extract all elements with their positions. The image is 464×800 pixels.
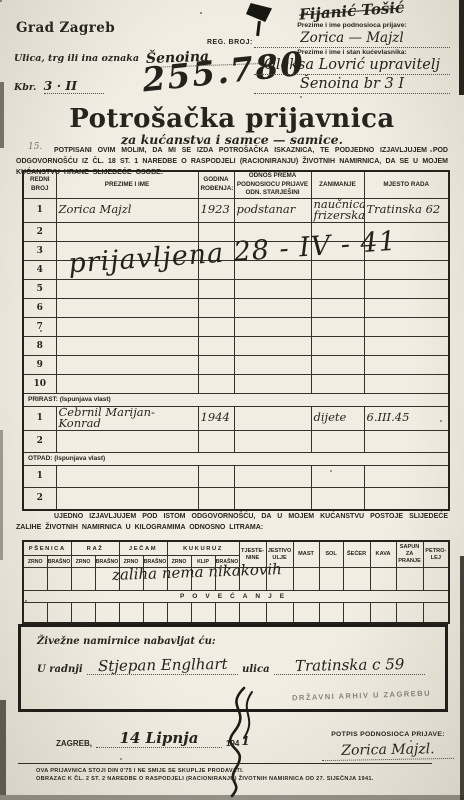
col-kava: KAVA [370,541,396,568]
supply-cell [119,603,143,624]
cell-num: 7 [23,317,56,336]
table-row: 5 [23,279,449,298]
table-row: 9 [23,355,449,374]
table-row: 1Zorica Majzl1923podstanarnaučnica frize… [23,198,449,222]
cell-name: Zorica Majzl [56,198,198,222]
cell-year: 1944 [198,406,234,430]
applicant-name-label: Prezime i ime podnosioca prijave: [248,22,456,29]
cell-occupation [311,260,364,279]
city-heading: Grad Zagreb [16,20,115,36]
supply-cell [396,568,423,591]
cell-num: 1 [23,465,56,487]
supply-cell [71,568,95,591]
supply-cell [23,568,47,591]
supply-cell [191,603,215,624]
cell-relation [234,279,311,298]
table-row: 2 [23,430,449,452]
cell-num: 4 [23,260,56,279]
cell-num: 2 [23,487,56,510]
supply-cell [167,603,191,624]
col-header-redni-broj: REDNI BROJ [23,171,56,198]
group-jecam: JEČAM [119,541,167,556]
supply-cell [47,568,71,591]
col-header-prezime-ime: PREZIME I IME [56,171,198,198]
table-row: 8 [23,336,449,355]
cell-name [56,317,198,336]
scan-edge [460,556,464,800]
supply-cell [215,603,239,624]
cell-relation [234,430,311,452]
supply-cell [23,603,47,624]
signature-block: POTPIS PODNOSIOCA PRIJAVE: Zorica Majzl. [322,731,454,760]
cell-name [56,465,198,487]
cell-year [198,374,234,393]
group-kukuruz: KUKURUZ [167,541,239,556]
col-mast: MAST [293,541,319,568]
prirast-rows: 1Čebrnil Marijan-Konrad1944dijete6.III.4… [23,406,449,452]
supply-cell [343,568,370,591]
crossed-out-name: Fijanić Tošić [299,0,405,24]
prirast-band: PRIRAST: (Ispunjava vlast) [23,393,449,406]
cell-occupation [311,430,364,452]
cell-relation: podstanar [234,198,311,222]
shop-line: U radnji Stjepan Englhart ulica Tratinsk… [37,656,429,675]
cell-name [56,487,198,510]
shop-street-line: Tratinska c 59 [274,656,425,675]
landlord-label: Prezime i ime i stan kućevlasnika: [248,49,456,56]
col-petrolej: PETRO-LEJ [423,541,449,568]
group-psenica: PŠENICA [23,541,71,556]
supply-cell [370,568,396,591]
cell-relation [234,298,311,317]
street-label: Ulica, trg ili ina oznaka [14,53,139,64]
cell-name: Čebrnil Marijan-Konrad [56,406,198,430]
table-row: 2 [23,487,449,510]
col-header-odnos: ODNOS PREMA PODNOSIOCU PRIJAVE ODN. STAR… [234,171,311,198]
supplies-increase-row [23,603,449,624]
signature-label: POTPIS PODNOSIOCA PRIJAVE: [322,731,454,738]
cell-workplace [364,430,449,452]
cell-occupation [311,355,364,374]
year-handwritten: 1 [241,734,249,748]
povecanje-band: POVEĆANJE [23,591,449,603]
cell-workplace [364,298,449,317]
kbr-label: Kbr. [14,82,36,93]
kbr-handwritten-value: 3 · II [44,78,104,94]
cell-occupation [311,336,364,355]
cell-year [198,317,234,336]
table-row: 1Čebrnil Marijan-Konrad1944dijete6.III.4… [23,406,449,430]
cell-workplace [364,487,449,510]
cell-relation [234,336,311,355]
cell-name [56,279,198,298]
supply-cell [293,568,319,591]
applicant-name-handwritten: Zorica — Majzl [254,30,450,48]
date-line: ZAGREB, 14 Lipnja 194 1 [56,729,250,748]
cell-relation [234,317,311,336]
supply-cell [343,603,370,624]
otpad-label: OTPAD: (Ispunjava vlast) [23,452,449,465]
supply-cell [396,603,423,624]
prirast-label: PRIRAST: (Ispunjava vlast) [23,393,449,406]
shop-name-line: Stjepan Englhart [87,656,238,675]
main-table-header: REDNI BROJ PREZIME I IME GODINA ROĐENJA:… [23,171,449,198]
cell-num: 8 [23,336,56,355]
scan-edge [0,700,6,795]
shop-name-handwritten: Stjepan Englhart [97,655,227,675]
otpad-rows: 12 [23,465,449,510]
group-raz: RAŽ [71,541,119,556]
cell-name [56,336,198,355]
cell-num: 2 [23,222,56,241]
cell-year [198,430,234,452]
cell-num: 6 [23,298,56,317]
cell-name [56,222,198,241]
cell-year [198,298,234,317]
cell-occupation: dijete [311,406,364,430]
cell-name [56,298,198,317]
sub-brasno: BRAŠNO [47,556,71,568]
date-handwritten: 14 Lipnja [96,729,222,748]
household-members-table: REDNI BROJ PREZIME I IME GODINA ROĐENJA:… [22,170,450,511]
supply-cell [423,603,449,624]
cell-year [198,336,234,355]
col-header-godina: GODINA ROĐENJA: [198,171,234,198]
cell-workplace [364,260,449,279]
landlord-address-handwritten: Šenoina br 3 I [254,76,450,94]
scan-speckle [0,0,2,2]
cell-workplace [364,336,449,355]
col-header-zanimanje: ZANIMANJE [311,171,364,198]
archive-stamp: DRŽAVNI ARHIV U ZAGREBU [292,689,431,703]
table-row: 10 [23,374,449,393]
col-sapun: SAPUN ZA PRANJE [396,541,423,568]
table-row: 6 [23,298,449,317]
otpad-band: OTPAD: (Ispunjava vlast) [23,452,449,465]
form-subtitle: za kućanstva i samce — samice. [0,132,464,147]
cell-occupation [311,317,364,336]
cell-occupation [311,374,364,393]
shop-street-label: ulica [242,664,269,675]
supply-cell [370,603,396,624]
cell-num: 9 [23,355,56,374]
cell-occupation [311,298,364,317]
cell-name [56,355,198,374]
cell-workplace [364,317,449,336]
cell-relation [234,374,311,393]
cell-relation [234,465,311,487]
cell-name [56,374,198,393]
supply-cell [293,603,319,624]
col-secer: ŠEĆER [343,541,370,568]
cell-relation [234,406,311,430]
supplies-paragraph: UJEDNO IZJAVLJUJEM POD ISTOM ODGOVORNOŠĆ… [16,512,448,534]
scanned-form-page: Grad Zagreb Ulica, trg ili ina oznaka Še… [0,0,464,800]
supply-cell [47,603,71,624]
col-sol: SOL [319,541,343,568]
supply-cell [71,603,95,624]
cell-relation [234,355,311,374]
table-row: 7 [23,317,449,336]
shop-box-heading: Živežne namirnice nabavljat ću: [37,636,429,647]
cell-year [198,465,234,487]
supply-cell [95,603,119,624]
year-printed: 194 [226,739,239,748]
cell-relation [234,487,311,510]
sub-zrno: ZRNO [71,556,95,568]
cell-num: 3 [23,241,56,260]
supply-cell [319,568,343,591]
supply-cell [266,603,293,624]
fine-print-line-2: OBRAZAC K ČL. 2 ST. 2 NAREDBE O RASPODJE… [36,776,374,782]
header-right-block: Fijanić Tošić Prezime i ime podnosioca p… [248,2,456,94]
supply-cell [143,603,167,624]
signature-handwritten: Zorica Majzl. [322,741,454,761]
fine-print-rule [18,763,432,764]
landlord-handwritten: Oleksa Lovrić upravitelj [254,57,450,75]
cell-occupation [311,279,364,298]
cell-year [198,355,234,374]
sub-zrno: ZRNO [23,556,47,568]
cell-num: 1 [23,198,56,222]
supplies-table: PŠENICA RAŽ JEČAM KUKURUZ TJESTE-NINE JE… [22,540,450,624]
supply-cell [239,603,266,624]
cell-num: 1 [23,406,56,430]
cell-occupation [311,465,364,487]
cell-num: 2 [23,430,56,452]
col-header-mjesto-rada: MJESTO RADA [364,171,449,198]
cell-workplace [364,355,449,374]
cell-num: 5 [23,279,56,298]
cell-year [198,279,234,298]
cell-name [56,430,198,452]
cell-year: 1923 [198,198,234,222]
cell-workplace: Tratinska 62 [364,198,449,222]
place-label: ZAGREB, [56,739,92,748]
scan-edge [0,430,3,560]
supply-cell [319,603,343,624]
house-number-line: Kbr. 3 · II [14,78,104,94]
fine-print-line-1: OVA PRIJAVNICA STOJI DIN 0'75 I NE SMIJE… [36,768,244,774]
reg-number-label: REG. BROJ: [207,39,253,46]
cell-workplace [364,465,449,487]
cell-workplace [364,374,449,393]
cell-num: 10 [23,374,56,393]
cell-occupation [311,487,364,510]
shop-label: U radnji [37,664,83,675]
table-row: 1 [23,465,449,487]
cell-year [198,487,234,510]
cell-occupation: naučnica frizerska [311,198,364,222]
cell-workplace [364,279,449,298]
shop-street-handwritten: Tratinska c 59 [294,655,404,675]
form-title: Potrošačka prijavnica [0,104,464,134]
scan-edge [459,0,464,95]
supply-cell [423,568,449,591]
cell-workplace: 6.III.45 [364,406,449,430]
